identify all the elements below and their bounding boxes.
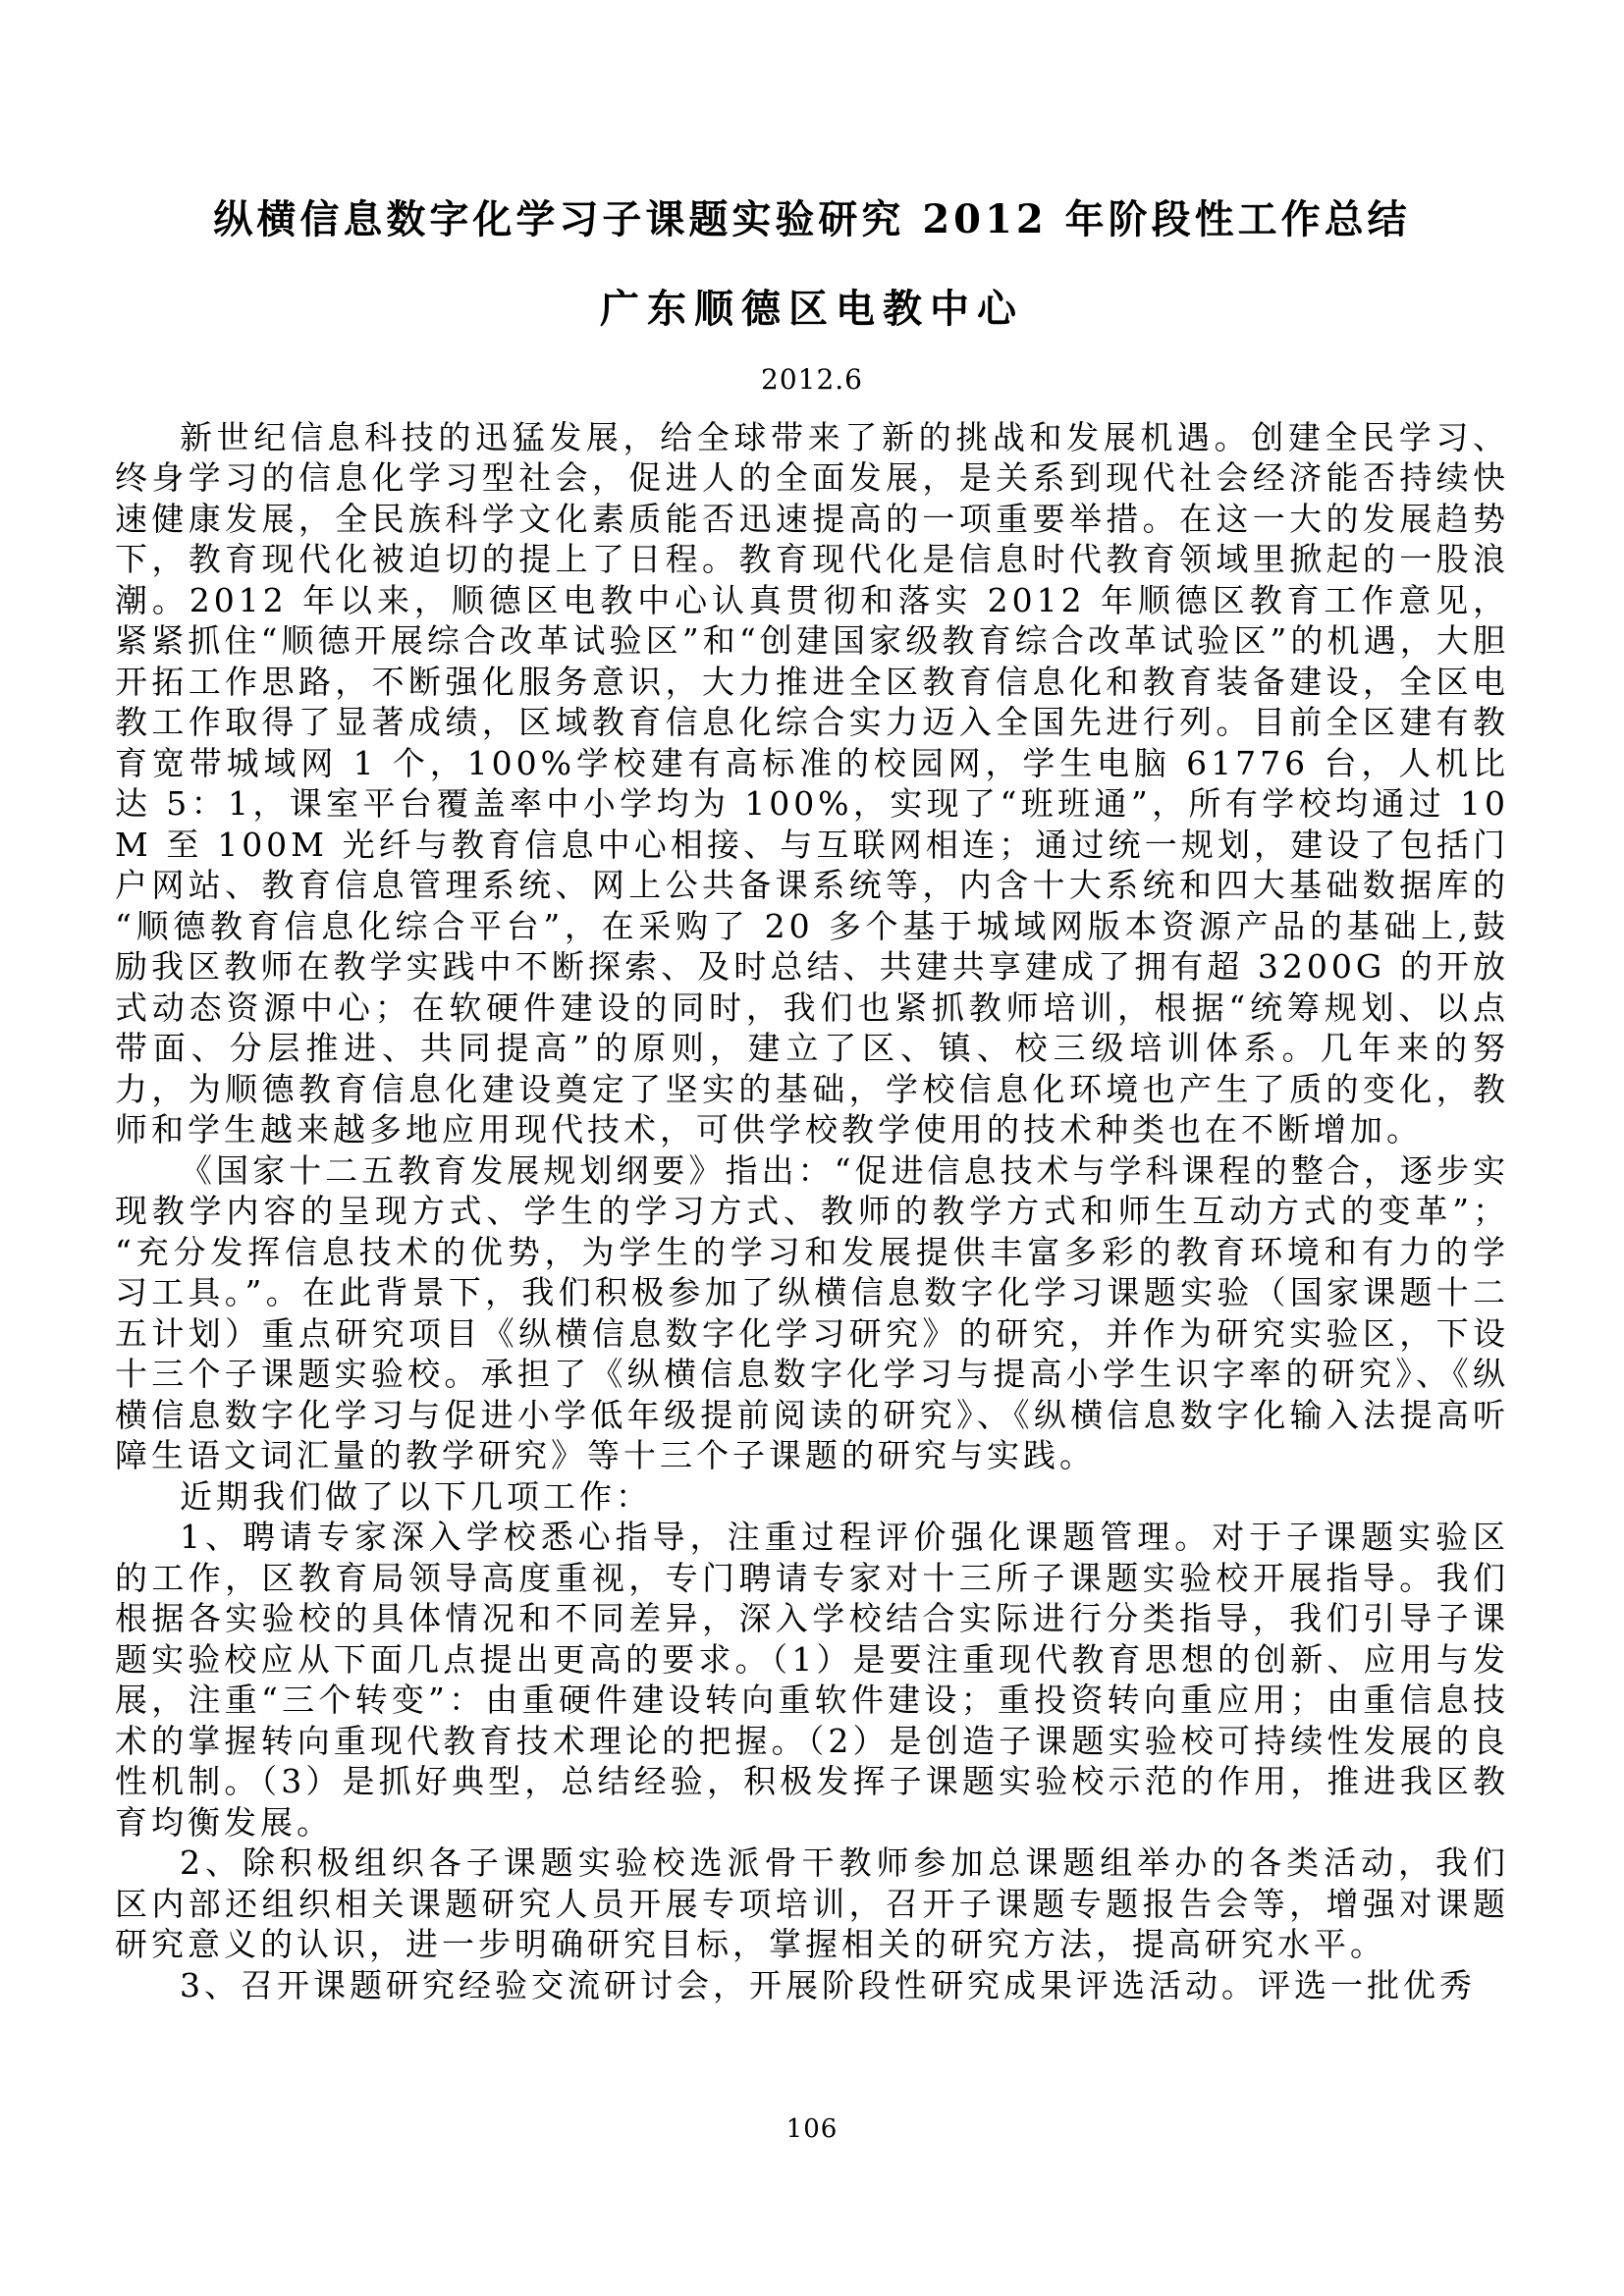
paragraph-2: 《国家十二五教育发展规划纲要》指出：“促进信息技术与学科课程的整合，逐步实现教学…	[115, 1150, 1509, 1476]
paragraph-1: 新世纪信息科技的迅猛发展，给全球带来了新的挑战和发展机遇。创建全民学习、终身学习…	[115, 417, 1509, 1150]
page-number: 106	[0, 2114, 1624, 2144]
document-subtitle: 广东顺德区电教中心	[115, 287, 1509, 332]
paragraph-6: 3、召开课题研究经验交流研讨会，开展阶段性研究成果评选活动。评选一批优秀	[115, 1965, 1509, 2006]
document-date: 2012.6	[115, 365, 1509, 396]
document-body: 新世纪信息科技的迅猛发展，给全球带来了新的挑战和发展机遇。创建全民学习、终身学习…	[115, 417, 1509, 2006]
paragraph-4: 1、聘请专家深入学校悉心指导，注重过程评价强化课题管理。对于子课题实验区的工作，…	[115, 1517, 1509, 1842]
document-title: 纵横信息数字化学习子课题实验研究 2012 年阶段性工作总结	[115, 196, 1509, 243]
paragraph-3: 近期我们做了以下几项工作：	[115, 1476, 1509, 1518]
paragraph-5: 2、除积极组织各子课题实验校选派骨干教师参加总课题组举办的各类活动，我们区内部还…	[115, 1842, 1509, 1965]
document-page: 纵横信息数字化学习子课题实验研究 2012 年阶段性工作总结 广东顺德区电教中心…	[0, 0, 1624, 2296]
